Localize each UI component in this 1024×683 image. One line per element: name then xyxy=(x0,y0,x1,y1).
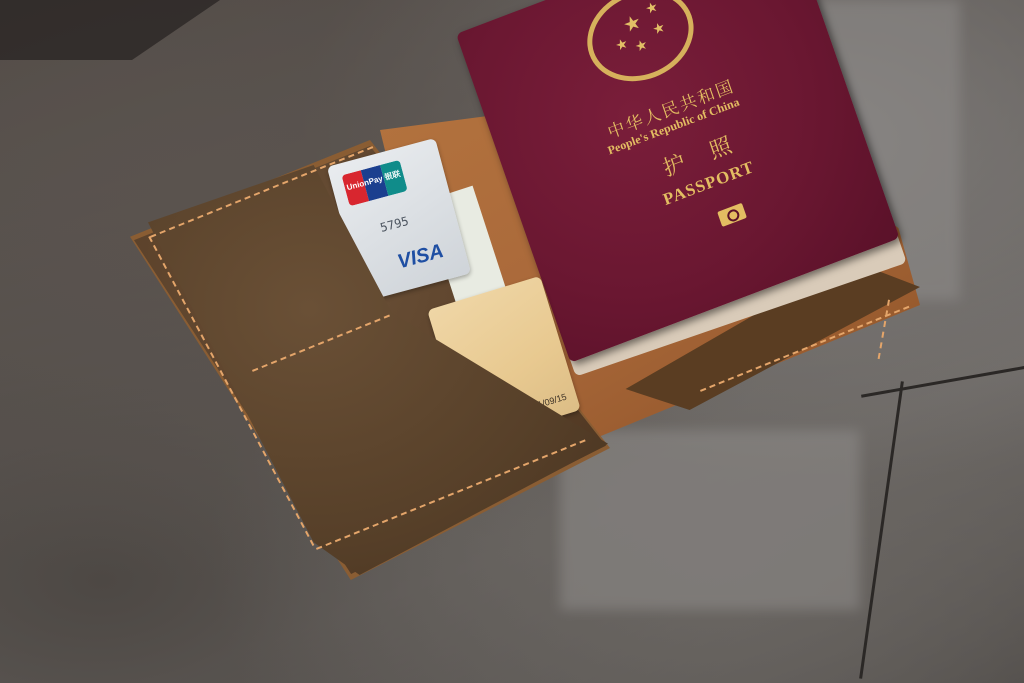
photo-scene: ★ ★ ★ ★ ★ 中华人民共和国 People's Republic of C… xyxy=(0,0,1024,683)
national-emblem-icon: ★ ★ ★ ★ ★ xyxy=(575,0,706,96)
star-icon: ★ xyxy=(633,36,650,56)
card-number: 5795 xyxy=(379,214,411,235)
visa-logo: VISA xyxy=(395,240,446,274)
passport-wallet: ★ ★ ★ ★ ★ 中华人民共和国 People's Republic of C… xyxy=(0,0,1024,683)
star-icon: ★ xyxy=(650,18,667,38)
star-icon: ★ xyxy=(643,0,660,18)
biometric-chip-icon xyxy=(717,203,747,227)
